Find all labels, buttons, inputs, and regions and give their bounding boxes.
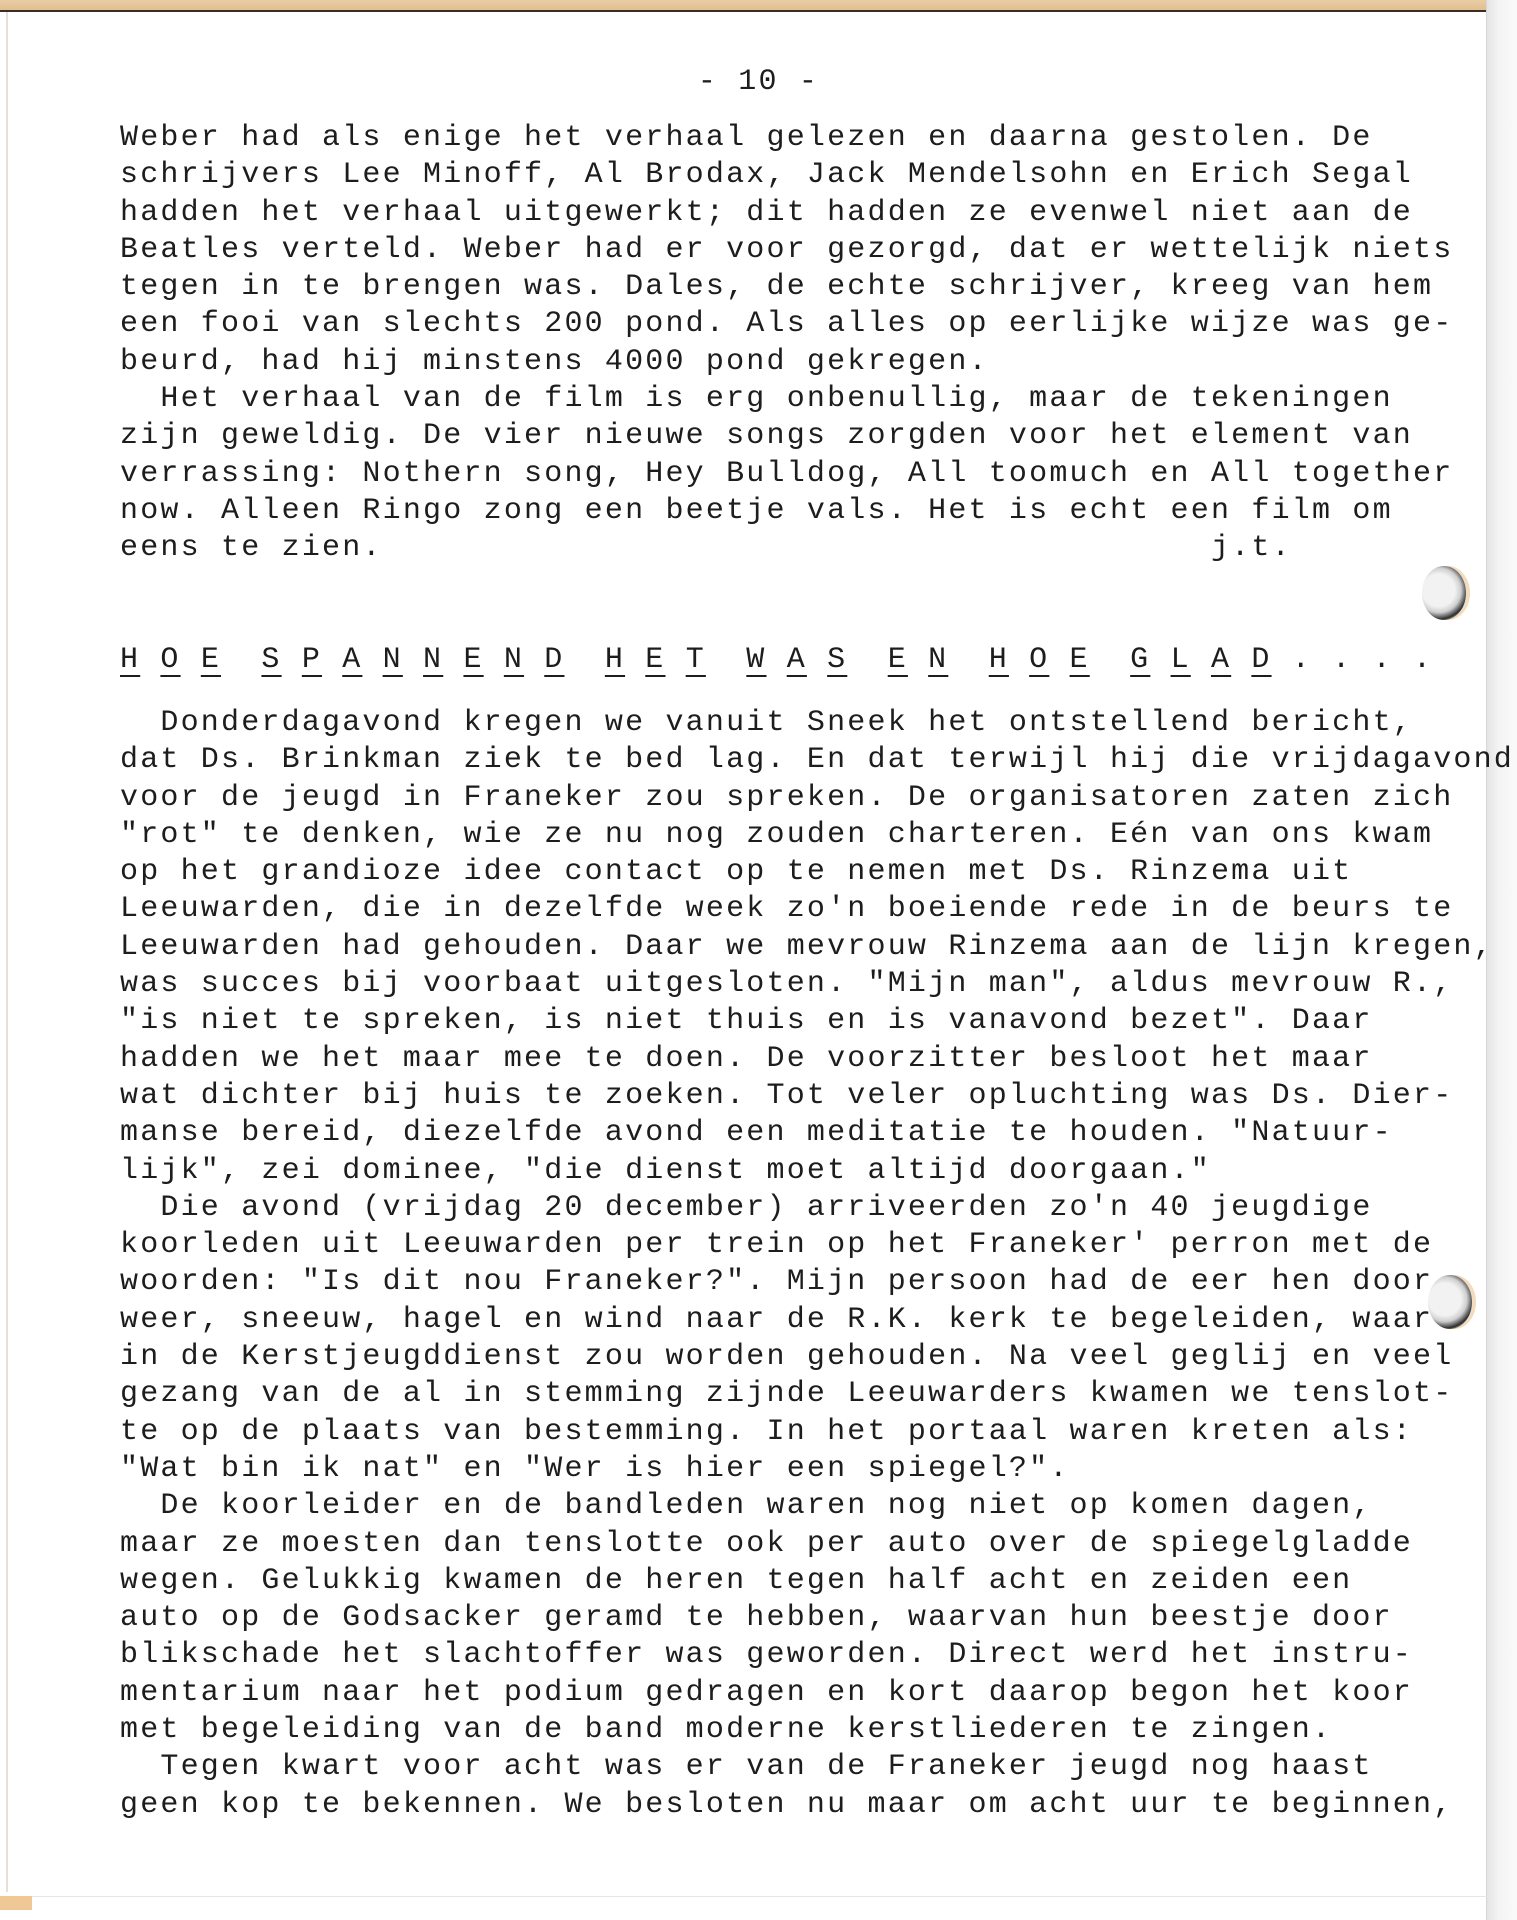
text-line: zijn geweldig. De vier nieuwe songs zorg…	[120, 418, 1453, 455]
heading-letter: N	[928, 643, 948, 677]
text-line: Het verhaal van de film is erg onbenulli…	[120, 381, 1453, 418]
text-line: Die avond (vrijdag 20 december) arriveer…	[120, 1190, 1514, 1227]
text-line: voor de jeugd in Franeker zou spreken. D…	[120, 780, 1514, 817]
heading-letter: E	[463, 643, 483, 677]
text-line: Leeuwarden had gehouden. Daar we mevrouw…	[120, 929, 1514, 966]
text-line: "Wat bin ik nat" en "Wer is hier een spi…	[120, 1451, 1514, 1488]
text-line: wegen. Gelukkig kwamen de heren tegen ha…	[120, 1563, 1514, 1600]
heading-letter: A	[1211, 643, 1231, 677]
heading-letter: N	[504, 643, 524, 677]
heading-letter: E	[888, 643, 908, 677]
heading-letter: W	[746, 643, 766, 677]
text-line: te op de plaats van bestemming. In het p…	[120, 1414, 1514, 1451]
heading-letter: N	[423, 643, 443, 677]
text-line: auto op de Godsacker geramd te hebben, w…	[120, 1600, 1514, 1637]
text-line: blikschade het slachtoffer was geworden.…	[120, 1637, 1514, 1674]
heading-letter: G	[1130, 643, 1150, 677]
text-line: in de Kerstjeugddienst zou worden gehoud…	[120, 1339, 1514, 1376]
heading-letter: L	[1171, 643, 1191, 677]
text-line: maar ze moesten dan tenslotte ook per au…	[120, 1526, 1514, 1563]
heading-letter: D	[544, 643, 564, 677]
page-number: - 10 -	[0, 64, 1517, 101]
heading-letter: A	[342, 643, 362, 677]
article-heading: H O E S P A N N E N D H E T W A S E N H …	[120, 642, 1433, 679]
text-line: een fooi van slechts 200 pond. Als alles…	[120, 306, 1453, 343]
heading-letter: A	[787, 643, 807, 677]
text-line: schrijvers Lee Minoff, Al Brodax, Jack M…	[120, 157, 1453, 194]
text-line: "rot" te denken, wie ze nu nog zouden ch…	[120, 817, 1514, 854]
heading-letter: S	[261, 643, 281, 677]
heading-letter: N	[383, 643, 403, 677]
text-line: mentarium naar het podium gedragen en ko…	[120, 1675, 1514, 1712]
heading-letter: D	[1251, 643, 1271, 677]
article-film-review: Weber had als enige het verhaal gelezen …	[120, 120, 1453, 568]
text-line: Tegen kwart voor acht was er van de Fran…	[120, 1749, 1514, 1786]
text-line: dat Ds. Brinkman ziek te bed lag. En dat…	[120, 742, 1514, 779]
typewritten-page: - 10 - Weber had als enige het verhaal g…	[0, 12, 1487, 1896]
text-line: wat dichter bij huis te zoeken. Tot vele…	[120, 1078, 1514, 1115]
text-line: weer, sneeuw, hagel en wind naar de R.K.…	[120, 1302, 1514, 1339]
text-line: geen kop te bekennen. We besloten nu maa…	[120, 1787, 1514, 1824]
text-line: met begeleiding van de band moderne kers…	[120, 1712, 1514, 1749]
text-line: "is niet te spreken, is niet thuis en is…	[120, 1003, 1514, 1040]
text-line: Donderdagavond kregen we vanuit Sneek he…	[120, 705, 1514, 742]
heading-letter: O	[160, 643, 180, 677]
heading-letter: E	[201, 643, 221, 677]
text-line: Leeuwarden, die in dezelfde week zo'n bo…	[120, 891, 1514, 928]
page-top-edge	[0, 0, 1517, 12]
article-hoe-spannend: Donderdagavond kregen we vanuit Sneek he…	[120, 705, 1514, 1824]
heading-ellipsis: . . . .	[1272, 643, 1434, 677]
text-line: hadden we het maar mee te doen. De voorz…	[120, 1041, 1514, 1078]
heading-letter: S	[827, 643, 847, 677]
text-line: gezang van de al in stemming zijnde Leeu…	[120, 1376, 1514, 1413]
heading-letter: O	[1029, 643, 1049, 677]
text-line: woorden: "Is dit nou Franeker?". Mijn pe…	[120, 1264, 1514, 1301]
text-line: tegen in te brengen was. Dales, de echte…	[120, 269, 1453, 306]
text-line: now. Alleen Ringo zong een beetje vals. …	[120, 493, 1453, 530]
text-line: koorleden uit Leeuwarden per trein op he…	[120, 1227, 1514, 1264]
text-line: eens te zien. j.t.	[120, 530, 1453, 567]
text-line: hadden het verhaal uitgewerkt; dit hadde…	[120, 195, 1453, 232]
heading-letter: H	[989, 643, 1009, 677]
text-line: Weber had als enige het verhaal gelezen …	[120, 120, 1453, 157]
page-corner	[0, 1896, 32, 1910]
text-line: lijk", zei dominee, "die dienst moet alt…	[120, 1153, 1514, 1190]
heading-letter: P	[302, 643, 322, 677]
heading-letter: T	[686, 643, 706, 677]
text-line: verrassing: Nothern song, Hey Bulldog, A…	[120, 456, 1453, 493]
heading-letter: E	[645, 643, 665, 677]
text-line: beurd, had hij minstens 4000 pond gekreg…	[120, 344, 1453, 381]
punch-hole	[1428, 1275, 1472, 1329]
page-bottom-edge	[0, 1896, 1487, 1897]
text-line: De koorleider en de bandleden waren nog …	[120, 1488, 1514, 1525]
text-line: was succes bij voorbaat uitgesloten. "Mi…	[120, 966, 1514, 1003]
heading-letter: H	[120, 643, 140, 677]
text-line: Beatles verteld. Weber had er voor gezor…	[120, 232, 1453, 269]
heading-letter: E	[1070, 643, 1090, 677]
text-line: op het grandioze idee contact op te neme…	[120, 854, 1514, 891]
text-line: manse bereid, diezelfde avond een medita…	[120, 1115, 1514, 1152]
punch-hole	[1422, 566, 1466, 620]
heading-letter: H	[605, 643, 625, 677]
